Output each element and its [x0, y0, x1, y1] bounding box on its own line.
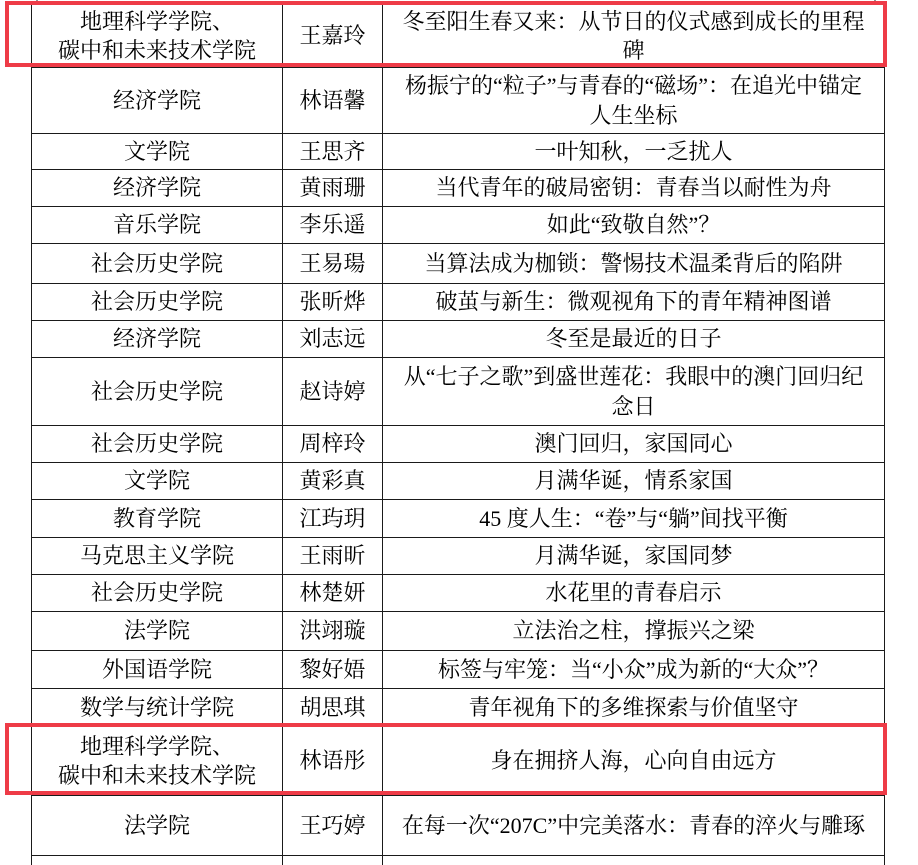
title-cell: 月满华诞，家国同梦 [383, 538, 885, 575]
name-cell: 林语馨 [283, 68, 383, 134]
name-cell: 胡思琪 [283, 689, 383, 727]
college-cell: 社会历史学院 [32, 575, 283, 612]
title-cell: 当代青年的破局密钥：青春当以耐性为舟 [383, 170, 885, 207]
college-cell: 数学与统计学院 [32, 689, 283, 727]
document-page: 地理科学学院、 碳中和未来技术学院 王嘉玲 冬至阳生春又来：从节日的仪式感到成长… [0, 0, 918, 865]
college-cell: 地理科学学院、 碳中和未来技术学院 [32, 5, 283, 68]
title-cell: 当算法成为枷锁：警惕技术温柔背后的陷阱 [383, 244, 885, 284]
title-cell: 澳门回归，家国同心 [383, 426, 885, 463]
name-cell: 赵诗婷 [283, 358, 383, 426]
table-row: 文学院 王思齐 一叶知秋，一乏扰人 [32, 134, 885, 170]
college-cell: 音乐学院 [32, 207, 283, 244]
table-row: 教育学院 江玙玥 45 度人生：“卷”与“躺”间找平衡 [32, 500, 885, 538]
table-row: 地理科学学院、 碳中和未来技术学院 林语彤 身在拥挤人海，心向自由远方 [32, 727, 885, 796]
college-cell: 文学院 [32, 463, 283, 500]
name-cell: 王易瑒 [283, 244, 383, 284]
college-cell: 经济学院 [32, 321, 283, 358]
name-cell: 王雨昕 [283, 538, 383, 575]
college-cell: 马克思主义学院 [32, 538, 283, 575]
title-cell [383, 856, 885, 865]
name-cell: 周梓玲 [283, 426, 383, 463]
name-cell: 江玙玥 [283, 500, 383, 538]
title-cell: 破茧与新生：微观视角下的青年精神图谱 [383, 284, 885, 321]
college-cell: 社会历史学院 [32, 358, 283, 426]
table-row: 经济学院 刘志远 冬至是最近的日子 [32, 321, 885, 358]
name-cell: 刘志远 [283, 321, 383, 358]
name-cell: 黎好娪 [283, 651, 383, 689]
title-cell: 冬至阳生春又来：从节日的仪式感到成长的里程碑 [383, 5, 885, 68]
name-cell: 黄彩真 [283, 463, 383, 500]
college-cell: 文学院 [32, 134, 283, 170]
name-cell: 王嘉玲 [283, 5, 383, 68]
college-cell: 法学院 [32, 612, 283, 651]
table-row: 法学院 洪翊璇 立法治之柱，撑振兴之梁 [32, 612, 885, 651]
award-table-body: 地理科学学院、 碳中和未来技术学院 王嘉玲 冬至阳生春又来：从节日的仪式感到成长… [32, 5, 885, 865]
table-row: 社会历史学院 王易瑒 当算法成为枷锁：警惕技术温柔背后的陷阱 [32, 244, 885, 284]
name-cell: 林楚妍 [283, 575, 383, 612]
college-cell: 地理科学学院、 碳中和未来技术学院 [32, 727, 283, 796]
table-row: 音乐学院 李乐遥 如此“致敬自然”？ [32, 207, 885, 244]
college-cell: 经济学院 [32, 68, 283, 134]
title-cell: 水花里的青春启示 [383, 575, 885, 612]
title-cell: 如此“致敬自然”？ [383, 207, 885, 244]
title-cell: 立法治之柱，撑振兴之梁 [383, 612, 885, 651]
name-cell: 林语彤 [283, 727, 383, 796]
title-cell: 身在拥挤人海，心向自由远方 [383, 727, 885, 796]
college-cell: 社会历史学院 [32, 244, 283, 284]
name-cell [283, 856, 383, 865]
college-cell: 经济学院 [32, 170, 283, 207]
title-cell: 一叶知秋，一乏扰人 [383, 134, 885, 170]
table-row: 经济学院 林语馨 杨振宁的“粒子”与青春的“磁场”：在追光中锚定人生坐标 [32, 68, 885, 134]
table-row: 社会历史学院 林楚妍 水花里的青春启示 [32, 575, 885, 612]
name-cell: 王巧婷 [283, 796, 383, 856]
college-cell: 教育学院 [32, 500, 283, 538]
table-row: 文学院 黄彩真 月满华诞，情系家国 [32, 463, 885, 500]
college-cell: 社会历史学院 [32, 284, 283, 321]
title-cell: 45 度人生：“卷”与“躺”间找平衡 [383, 500, 885, 538]
college-cell: 社会历史学院 [32, 426, 283, 463]
name-cell: 张昕烨 [283, 284, 383, 321]
title-cell: 青年视角下的多维探索与价值坚守 [383, 689, 885, 727]
table-row-partial [32, 856, 885, 865]
table-row: 社会历史学院 张昕烨 破茧与新生：微观视角下的青年精神图谱 [32, 284, 885, 321]
title-cell: 月满华诞，情系家国 [383, 463, 885, 500]
college-cell: 外国语学院 [32, 651, 283, 689]
table-row: 马克思主义学院 王雨昕 月满华诞，家国同梦 [32, 538, 885, 575]
college-cell: 法学院 [32, 796, 283, 856]
table-row: 社会历史学院 赵诗婷 从“七子之歌”到盛世莲花：我眼中的澳门回归纪念日 [32, 358, 885, 426]
title-cell: 冬至是最近的日子 [383, 321, 885, 358]
table-row: 法学院 王巧婷 在每一次“207C”中完美落水：青春的淬火与雕琢 [32, 796, 885, 856]
name-cell: 王思齐 [283, 134, 383, 170]
title-cell: 在每一次“207C”中完美落水：青春的淬火与雕琢 [383, 796, 885, 856]
title-cell: 标签与牢笼：当“小众”成为新的“大众”？ [383, 651, 885, 689]
title-cell: 从“七子之歌”到盛世莲花：我眼中的澳门回归纪念日 [383, 358, 885, 426]
name-cell: 洪翊璇 [283, 612, 383, 651]
award-table: 地理科学学院、 碳中和未来技术学院 王嘉玲 冬至阳生春又来：从节日的仪式感到成长… [31, 4, 885, 865]
table-row: 数学与统计学院 胡思琪 青年视角下的多维探索与价值坚守 [32, 689, 885, 727]
table-row: 外国语学院 黎好娪 标签与牢笼：当“小众”成为新的“大众”？ [32, 651, 885, 689]
table-row: 地理科学学院、 碳中和未来技术学院 王嘉玲 冬至阳生春又来：从节日的仪式感到成长… [32, 5, 885, 68]
name-cell: 李乐遥 [283, 207, 383, 244]
name-cell: 黄雨珊 [283, 170, 383, 207]
title-cell: 杨振宁的“粒子”与青春的“磁场”：在追光中锚定人生坐标 [383, 68, 885, 134]
table-row: 经济学院 黄雨珊 当代青年的破局密钥：青春当以耐性为舟 [32, 170, 885, 207]
table-row: 社会历史学院 周梓玲 澳门回归，家国同心 [32, 426, 885, 463]
college-cell [32, 856, 283, 865]
